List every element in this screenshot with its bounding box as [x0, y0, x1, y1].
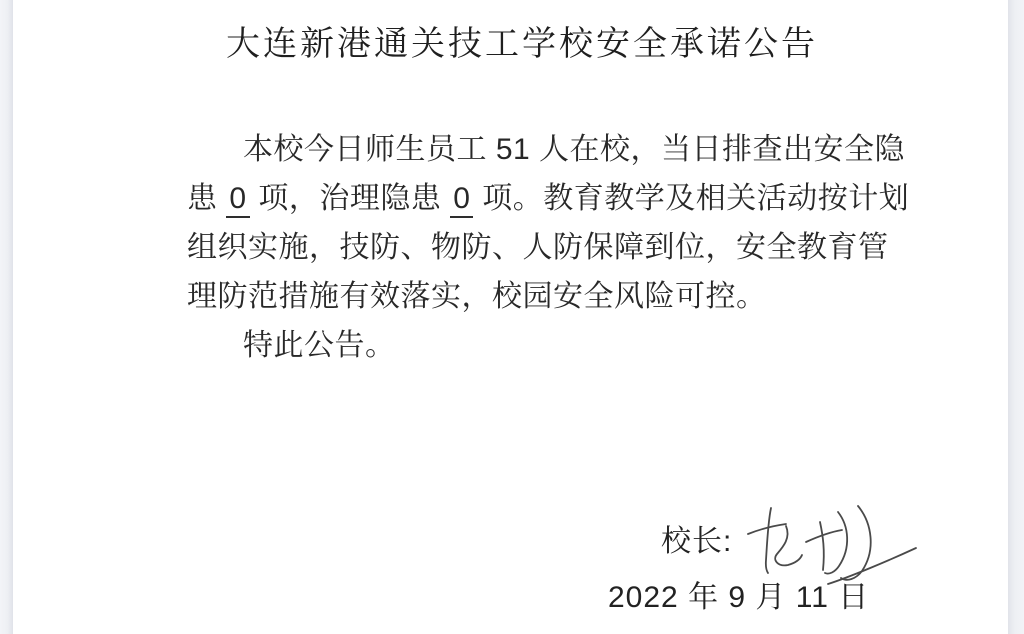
text-segment: 特此公告。 [243, 329, 396, 362]
underlined-value: 0 [450, 182, 473, 218]
body-line: 理防范措施有效落实，校园安全风险可控。 [187, 272, 887, 321]
body-line: 患 0 项，治理隐患 0 项。教育教学及相关活动按计划 [187, 174, 887, 223]
text-segment: 项。教育教学及相关活动按计划 [473, 182, 909, 215]
right-gutter [1008, 0, 1024, 634]
body-line: 特此公告。 [187, 321, 887, 370]
body-text: 本校今日师生员工 51 人在校，当日排查出安全隐患 0 项，治理隐患 0 项。教… [187, 125, 887, 370]
text-segment: 患 [187, 182, 226, 215]
announcement-page: { "page": { "background_color": "#ffffff… [0, 0, 1024, 634]
principal-signature-handwriting-icon [735, 492, 925, 587]
underlined-value: 0 [226, 182, 249, 218]
text-segment: 项，治理隐患 [250, 182, 451, 215]
text-segment: 组织实施，技防、物防、人防保障到位，安全教育管 [187, 231, 889, 264]
left-gutter [0, 0, 13, 634]
principal-label: 校长: [661, 524, 732, 560]
text-segment: 本校今日师生员工 51 人在校，当日排查出安全隐 [243, 133, 905, 166]
page-title: 大连新港通关技工学校安全承诺公告 [187, 22, 857, 66]
body-line: 组织实施，技防、物防、人防保障到位，安全教育管 [187, 223, 887, 272]
date: 2022 年 9 月 11 日 [608, 580, 869, 616]
body-line: 本校今日师生员工 51 人在校，当日排查出安全隐 [187, 125, 887, 174]
text-segment: 理防范措施有效落实，校园安全风险可控。 [187, 280, 767, 313]
